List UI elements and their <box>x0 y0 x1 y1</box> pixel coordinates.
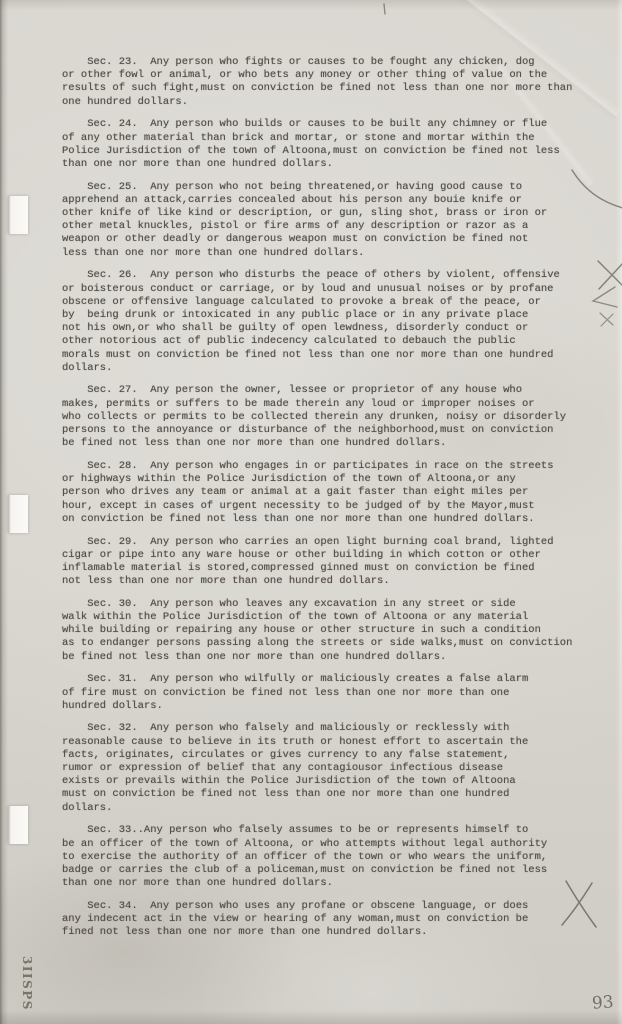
ordinance-section-26: Sec. 26. Any person who disturbs the pea… <box>62 269 607 375</box>
ordinance-section-27: Sec. 27. Any person the owner, lessee or… <box>62 384 607 450</box>
ordinance-section-24: Sec. 24. Any person who builds or causes… <box>62 118 607 171</box>
ordinance-section-25: Sec. 25. Any person who not being threat… <box>62 181 607 260</box>
ordinance-section-23: Sec. 23. Any person who fights or causes… <box>62 56 607 109</box>
ordinance-section-34: Sec. 34. Any person who uses any profane… <box>62 900 607 940</box>
binder-tab <box>8 806 28 844</box>
ordinance-section-31: Sec. 31. Any person who wilfully or mali… <box>62 673 607 713</box>
scanned-document-page: Sec. 23. Any person who fights or causes… <box>0 0 622 1024</box>
pencil-tick-top <box>384 4 385 14</box>
ordinance-section-33: Sec. 33..Any person who falsely assumes … <box>62 824 607 890</box>
page-number: 93 <box>591 992 614 1013</box>
binder-tab <box>8 495 28 533</box>
ordinance-section-29: Sec. 29. Any person who carries an open … <box>62 536 607 589</box>
ordinance-section-32: Sec. 32. Any person who falsely and mali… <box>62 722 607 814</box>
archive-stamp: 3IISPS <box>20 956 34 1011</box>
ordinance-section-28: Sec. 28. Any person who engages in or pa… <box>62 460 607 526</box>
binder-tab <box>8 196 28 234</box>
ordinance-text-block: Sec. 23. Any person who fights or causes… <box>62 56 607 949</box>
ordinance-section-30: Sec. 30. Any person who leaves any excav… <box>62 598 607 664</box>
